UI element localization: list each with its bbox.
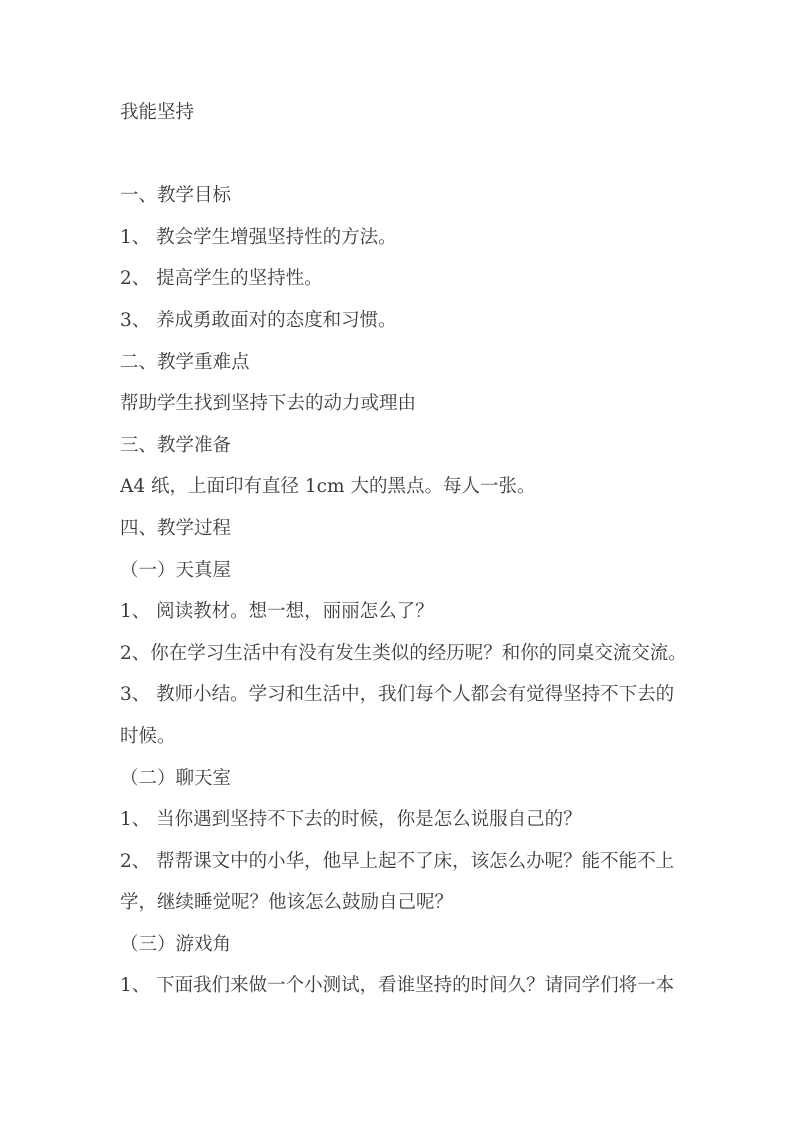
document-page: 我能坚持 一、教学目标 1、 教会学生增强坚持性的方法。 2、 提高学生的坚持性… <box>0 0 793 1122</box>
list-item: 1、 教会学生增强坚持性的方法。 <box>120 217 680 259</box>
subsection-heading: （一）天真屋 <box>120 550 680 592</box>
paragraph: 帮助学生找到坚持下去的动力或理由 <box>120 383 680 425</box>
list-item: 2、你在学习生活中有没有发生类似的经历呢？和你的同桌交流交流。 <box>120 633 680 675</box>
list-item: 1、 阅读教材。想一想，丽丽怎么了？ <box>120 591 680 633</box>
list-item: 2、 提高学生的坚持性。 <box>120 258 680 300</box>
list-item: 3、 教师小结。学习和生活中，我们每个人都会有觉得坚持不下去的 <box>120 674 680 716</box>
paragraph-continuation: 学，继续睡觉呢？他该怎么鼓励自己呢？ <box>120 882 680 924</box>
list-item: 3、 养成勇敢面对的态度和习惯。 <box>120 300 680 342</box>
paragraph: A4 纸，上面印有直径 1cm 大的黑点。每人一张。 <box>120 466 680 508</box>
subsection-heading: （三）游戏角 <box>120 924 680 966</box>
list-item: 2、 帮帮课文中的小华，他早上起不了床，该怎么办呢？能不能不上 <box>120 841 680 883</box>
subsection-heading: （二）聊天室 <box>120 758 680 800</box>
blank-line <box>120 134 680 176</box>
document-body: 我能坚持 一、教学目标 1、 教会学生增强坚持性的方法。 2、 提高学生的坚持性… <box>120 92 680 1007</box>
list-item: 1、 下面我们来做一个小测试，看谁坚持的时间久？请同学们将一本 <box>120 965 680 1007</box>
section-heading: 四、教学过程 <box>120 508 680 550</box>
document-title: 我能坚持 <box>120 92 680 134</box>
section-heading: 一、教学目标 <box>120 175 680 217</box>
section-heading: 二、教学重难点 <box>120 342 680 384</box>
list-item: 1、 当你遇到坚持不下去的时候，你是怎么说服自己的？ <box>120 799 680 841</box>
section-heading: 三、教学准备 <box>120 425 680 467</box>
paragraph-continuation: 时候。 <box>120 716 680 758</box>
